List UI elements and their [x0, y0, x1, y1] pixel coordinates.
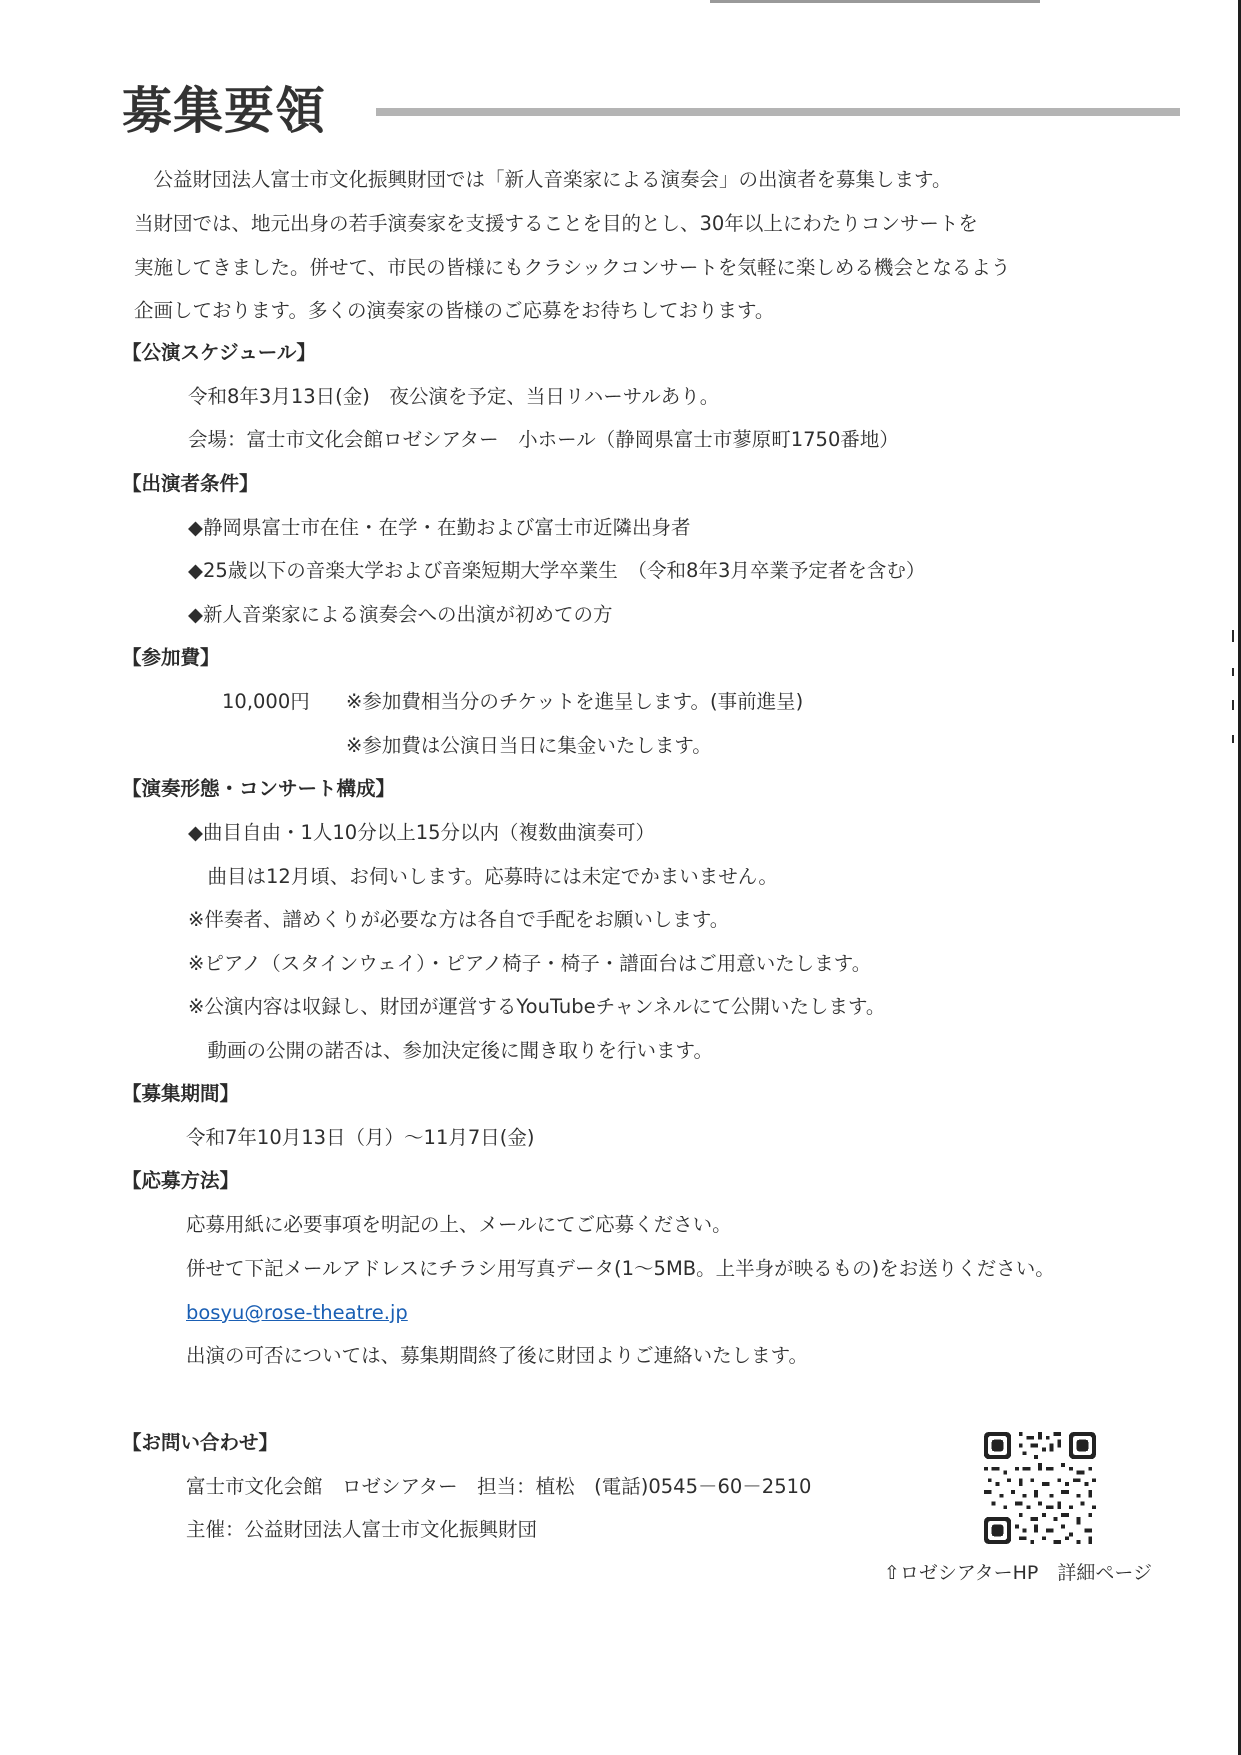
qr-caption: ⇧ロゼシアターHP 詳細ページ — [884, 1560, 1152, 1586]
intro-line: 企画しております。多くの演奏家の皆様のご応募をお待ちしております。 — [134, 298, 774, 324]
application-result-note: 出演の可否については、募集期間終了後に財団よりご連絡いたします。 — [186, 1343, 808, 1369]
page-header: 募集要領 — [122, 78, 1182, 148]
format-item: ※公演内容は収録し、財団が運営するYouTubeチャンネルにて公開いたします。 — [188, 994, 885, 1020]
scan-artifact-top — [710, 0, 1040, 3]
eligibility-item: ◆新人音楽家による演奏会への出演が初めての方 — [188, 602, 613, 628]
format-item: ◆曲目自由・1人10分以上15分以内（複数曲演奏可） — [188, 820, 655, 846]
email-link[interactable]: bosyu@rose-theatre.jp — [186, 1300, 408, 1326]
intro-line: 公益財団法人富士市文化振興財団では「新人音楽家による演奏会」の出演者を募集します… — [134, 167, 951, 193]
eligibility-item: ◆静岡県富士市在住・在学・在勤および富士市近隣出身者 — [188, 515, 691, 541]
format-item: 動画の公開の諾否は、参加決定後に聞き取りを行います。 — [188, 1038, 713, 1064]
schedule-venue: 会場：富士市文化会館ロゼシアター 小ホール（静岡県富士市蓼原町1750番地） — [188, 427, 899, 453]
section-heading: 【参加費】 — [122, 645, 220, 671]
section-heading: 【お問い合わせ】 — [122, 1430, 278, 1456]
title-divider — [376, 108, 1180, 116]
page-title: 募集要領 — [122, 78, 326, 144]
eligibility-item: ◆25歳以下の音楽大学および音楽短期大学卒業生 （令和8年3月卒業予定者を含む） — [188, 558, 925, 584]
period-dates: 令和7年10月13日（月）～11月7日(金) — [186, 1125, 534, 1151]
intro-line: 実施してきました。併せて、市民の皆様にもクラシックコンサートを気軽に楽しめる機会… — [134, 255, 1010, 281]
format-item: 曲目は12月頃、お伺いします。応募時には未定でかまいません。 — [188, 864, 778, 890]
fee-amount: 10,000円 — [222, 689, 310, 715]
section-heading: 【演奏形態・コンサート構成】 — [122, 776, 395, 802]
scan-artifact-tick — [1232, 630, 1234, 642]
scan-artifact-tick — [1232, 735, 1234, 743]
contact-organizer: 主催：公益財団法人富士市文化振興財団 — [186, 1517, 537, 1543]
intro-line: 当財団では、地元出身の若手演奏家を支援することを目的とし、30年以上にわたりコン… — [134, 211, 978, 237]
contact-venue-phone: 富士市文化会館 ロゼシアター 担当：植松 (電話)0545－60－2510 — [186, 1474, 811, 1500]
schedule-date: 令和8年3月13日(金) 夜公演を予定、当日リハーサルあり。 — [188, 384, 719, 410]
scan-artifact-tick — [1232, 668, 1234, 676]
section-heading: 【出演者条件】 — [122, 471, 259, 497]
section-heading: 【応募方法】 — [122, 1168, 239, 1194]
section-heading: 【公演スケジュール】 — [122, 340, 316, 366]
scan-artifact-tick — [1232, 700, 1234, 710]
format-item: ※伴奏者、譜めくりが必要な方は各自で手配をお願いします。 — [188, 907, 729, 933]
fee-note: ※参加費は公演日当日に集金いたします。 — [346, 733, 712, 759]
fee-note: ※参加費相当分のチケットを進呈します。(事前進呈) — [346, 689, 803, 715]
application-photo-instruction: 併せて下記メールアドレスにチラシ用写真データ(1～5MB。上半身が映るもの)をお… — [186, 1256, 1055, 1282]
qr-code-icon[interactable] — [984, 1432, 1096, 1544]
application-instruction: 応募用紙に必要事項を明記の上、メールにてご応募ください。 — [186, 1212, 732, 1238]
section-heading: 【募集期間】 — [122, 1081, 239, 1107]
format-item: ※ピアノ（スタインウェイ）・ピアノ椅子・椅子・譜面台はご用意いたします。 — [188, 951, 871, 977]
